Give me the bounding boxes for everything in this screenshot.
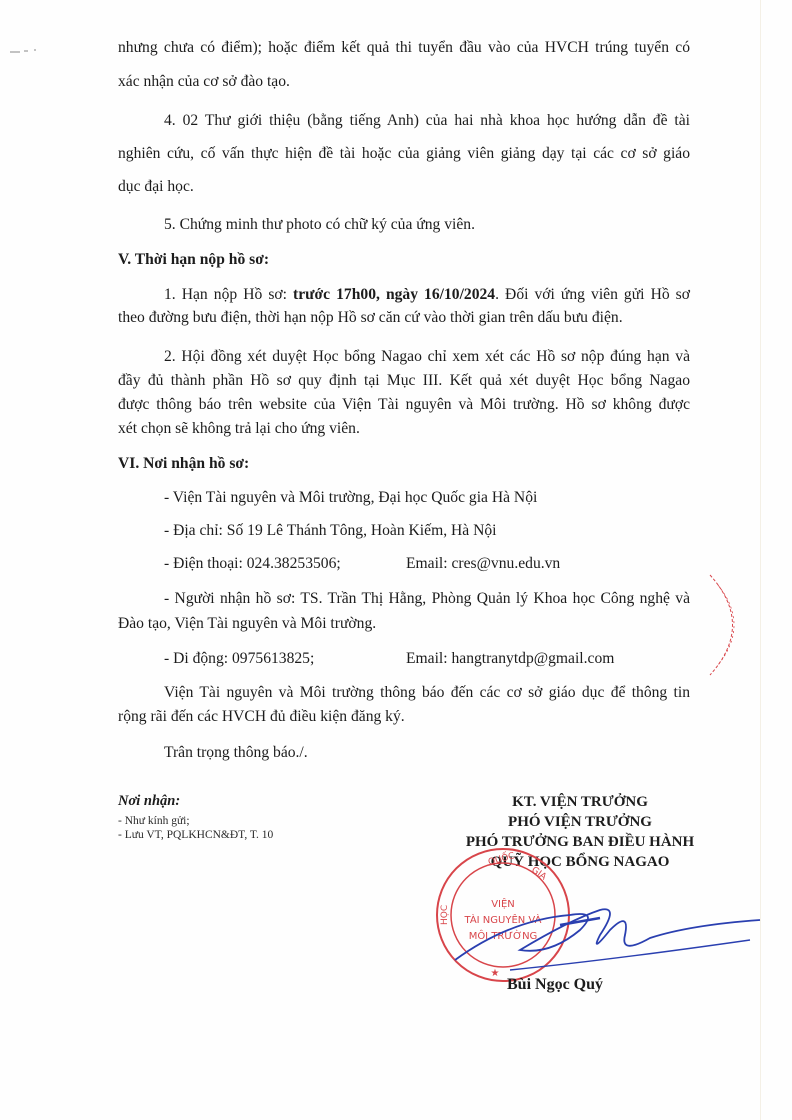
institute-email: Email: cres@vnu.edu.vn [406, 554, 560, 574]
partial-stamp-icon [700, 570, 760, 680]
document-page: nhưng chưa có điểm); hoặc điểm kết quả t… [0, 0, 792, 1120]
section5-p2-line-2: đầy đủ thành phần Hồ sơ quy định tại Mục… [118, 371, 690, 391]
institute-line: - Viện Tài nguyên và Môi trường, Đại học… [164, 488, 537, 508]
svg-text:QUỐC: QUỐC [486, 848, 515, 868]
address-line: - Địa chỉ: Số 19 Lê Thánh Tông, Hoàn Kiế… [164, 521, 496, 541]
signature-title-1: KT. VIỆN TRƯỞNG [430, 792, 730, 813]
scan-mark-icon [8, 48, 38, 54]
section5-p1-line-1: 1. Hạn nộp Hồ sơ: trước 17h00, ngày 16/1… [164, 285, 690, 305]
item4-line-1: 4. 02 Thư giới thiệu (bằng tiếng Anh) củ… [164, 111, 690, 131]
handwritten-signature-icon [450, 880, 770, 990]
section5-heading: V. Thời hạn nộp hồ sơ: [118, 250, 269, 270]
deadline-text: trước 17h00, ngày 16/10/2024 [293, 286, 495, 303]
recipients-title: Nơi nhận: [118, 793, 180, 810]
mobile-line: - Di động: 0975613825; [164, 649, 314, 669]
section5-p2-line-3: được thông báo trên website của Viện Tài… [118, 395, 690, 415]
phone-line: - Điện thoại: 024.38253506; [164, 554, 341, 574]
section5-p2-line-4: xét chọn sẽ không trả lại cho ứng viên. [118, 419, 360, 439]
closing-line-1: Viện Tài nguyên và Môi trường thông báo … [164, 683, 690, 703]
continuation-line-1: nhưng chưa có điểm); hoặc điểm kết quả t… [118, 38, 690, 58]
signer-name: Bùi Ngọc Quý [507, 976, 603, 994]
item5: 5. Chứng minh thư photo có chữ ký của ứn… [164, 215, 475, 235]
p1-suffix: . Đối với ứng viên gửi Hồ sơ [495, 286, 690, 303]
recipient-item: - Như kính gửi; [118, 815, 190, 827]
receiver-line-1: - Người nhận hồ sơ: TS. Trần Thị Hằng, P… [164, 589, 690, 609]
signature-title-2: PHÓ VIỆN TRƯỞNG [430, 812, 730, 833]
receiver-line-2: Đào tạo, Viện Tài nguyên và Môi trường. [118, 614, 376, 634]
item4-line-2: nghiên cứu, cố vấn thực hiện đề tài hoặc… [118, 144, 690, 164]
section6-heading: VI. Nơi nhận hồ sơ: [118, 454, 249, 474]
receiver-email: Email: hangtranytdp@gmail.com [406, 649, 614, 669]
recipient-item: - Lưu VT, PQLKHCN&ĐT, T. 10 [118, 829, 273, 841]
closing-line-3: Trân trọng thông báo./. [164, 743, 308, 763]
item4-line-3: dục đại học. [118, 177, 194, 197]
section5-p1-line-2: theo đường bưu điện, thời hạn nộp Hồ sơ … [118, 308, 623, 328]
closing-line-2: rộng rãi đến các HVCH đủ điều kiện đăng … [118, 707, 405, 727]
section5-p2-line-1: 2. Hội đồng xét duyệt Học bổng Nagao chỉ… [164, 347, 690, 367]
p1-prefix: 1. Hạn nộp Hồ sơ: [164, 286, 293, 303]
svg-text:HỌC: HỌC [440, 905, 450, 925]
continuation-line-2: xác nhận của cơ sở đào tạo. [118, 72, 290, 92]
